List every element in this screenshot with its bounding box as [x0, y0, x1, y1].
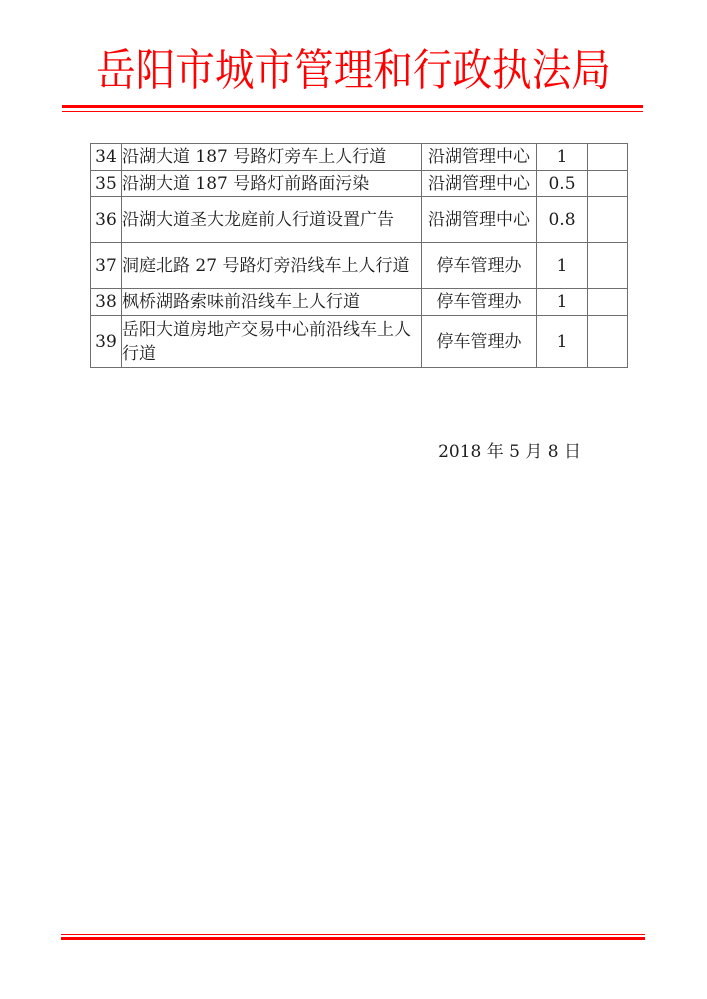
cell-no: 34: [91, 144, 122, 171]
cell-remark: [588, 316, 628, 368]
cell-description: 沿湖大道 187 号路灯前路面污染: [122, 171, 422, 197]
table-row: 36沿湖大道圣大龙庭前人行道设置广告沿湖管理中心0.8: [91, 197, 628, 243]
letterhead-rule-thin-line: [62, 111, 643, 112]
cell-no: 37: [91, 243, 122, 289]
cell-description: 岳阳大道房地产交易中心前沿线车上人行道: [122, 316, 422, 368]
cell-no: 36: [91, 197, 122, 243]
cell-remark: [588, 197, 628, 243]
table-row: 38枫桥湖路索味前沿线车上人行道停车管理办1: [91, 289, 628, 316]
cell-description: 洞庭北路 27 号路灯旁沿线车上人行道: [122, 243, 422, 289]
cell-department: 沿湖管理中心: [422, 144, 537, 171]
violations-table-body: 34沿湖大道 187 号路灯旁车上人行道沿湖管理中心135沿湖大道 187 号路…: [91, 144, 628, 368]
violations-table: 34沿湖大道 187 号路灯旁车上人行道沿湖管理中心135沿湖大道 187 号路…: [90, 143, 628, 368]
cell-description: 枫桥湖路索味前沿线车上人行道: [122, 289, 422, 316]
document-date: 2018 年 5 月 8 日: [0, 441, 581, 463]
cell-description: 沿湖大道 187 号路灯旁车上人行道: [122, 144, 422, 171]
table-row: 35沿湖大道 187 号路灯前路面污染沿湖管理中心0.5: [91, 171, 628, 197]
cell-remark: [588, 243, 628, 289]
cell-no: 39: [91, 316, 122, 368]
cell-remark: [588, 171, 628, 197]
table-row: 34沿湖大道 187 号路灯旁车上人行道沿湖管理中心1: [91, 144, 628, 171]
document-page: 岳阳市城市管理和行政执法局 34沿湖大道 187 号路灯旁车上人行道沿湖管理中心…: [0, 0, 707, 999]
cell-value: 1: [537, 243, 588, 289]
table-row: 39岳阳大道房地产交易中心前沿线车上人行道停车管理办1: [91, 316, 628, 368]
cell-department: 停车管理办: [422, 316, 537, 368]
cell-department: 沿湖管理中心: [422, 197, 537, 243]
letterhead-rule: [62, 105, 643, 112]
cell-value: 0.8: [537, 197, 588, 243]
cell-no: 38: [91, 289, 122, 316]
document-title: 岳阳市城市管理和行政执法局: [35, 42, 671, 100]
cell-department: 沿湖管理中心: [422, 171, 537, 197]
footer-rule: [61, 934, 645, 940]
cell-value: 1: [537, 144, 588, 171]
cell-value: 0.5: [537, 171, 588, 197]
footer-rule-thick-line: [61, 937, 645, 940]
cell-department: 停车管理办: [422, 243, 537, 289]
cell-value: 1: [537, 316, 588, 368]
cell-description: 沿湖大道圣大龙庭前人行道设置广告: [122, 197, 422, 243]
table-row: 37洞庭北路 27 号路灯旁沿线车上人行道停车管理办1: [91, 243, 628, 289]
cell-value: 1: [537, 289, 588, 316]
cell-remark: [588, 289, 628, 316]
cell-remark: [588, 144, 628, 171]
cell-department: 停车管理办: [422, 289, 537, 316]
cell-no: 35: [91, 171, 122, 197]
